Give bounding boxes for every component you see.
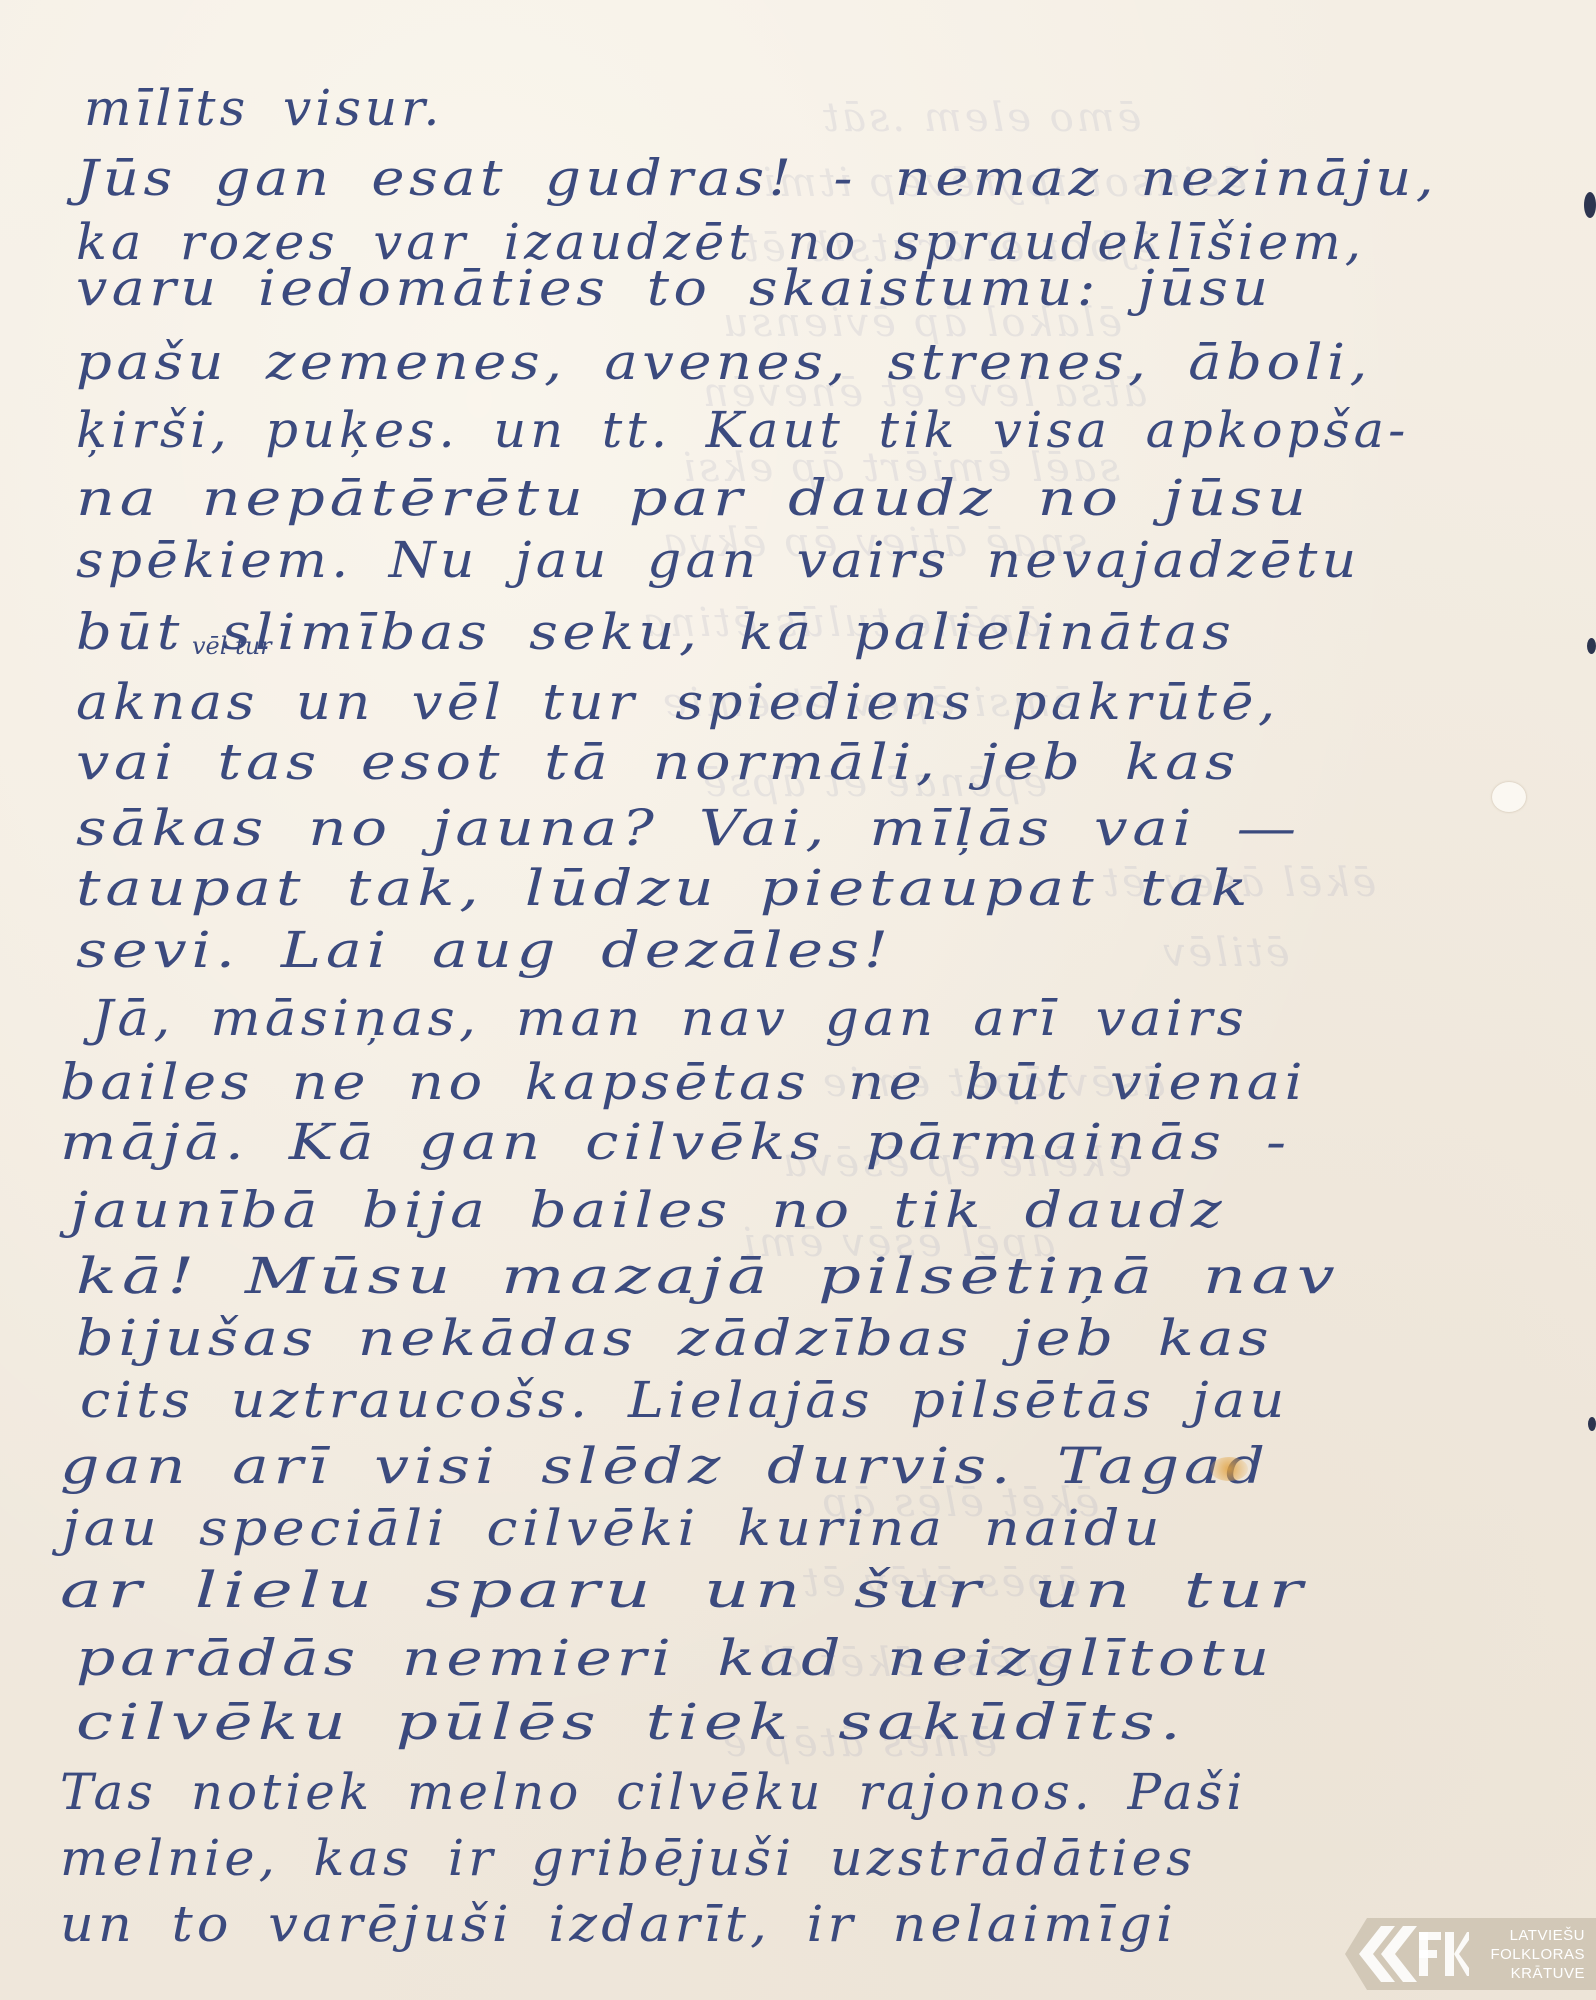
letter-line: gan arī visi slēdz durvis. Tagad [60,1436,1270,1496]
letter-page: ēmo elem .sāt ēsinsot ipyrēvep itmi ējbo… [0,0,1596,2000]
letter-line: ar lielu sparu un šur un tur [60,1560,1308,1620]
ink-blot [1587,638,1596,654]
letter-line: parādās nemieri kad neizglītotu [76,1628,1274,1688]
letter-line: cilvēku pūlēs tiek sakūdīts. [76,1692,1186,1752]
watermark-text: LATVIEŠU FOLKLORAS KRĀTUVE [1465,1926,1585,1983]
letter-line: taupat tak, lūdzu pietaupat tak [76,858,1252,918]
ink-blot [1588,1417,1596,1431]
letter-line: sākas no jauna? Vai, mīļās vai — [76,798,1301,858]
watermark-line-1: LATVIEŠU [1465,1926,1585,1945]
letter-line: bailes ne no kapsētas ne būt vienai [60,1052,1307,1112]
letter-line: varu iedomāties to skaistumu: jūsu [76,258,1272,318]
letter-line: aknas un vēl tur spiediens pakrūtē, [76,672,1280,732]
letter-line: kā! Mūsu mazajā pilsētiņā nav [76,1246,1340,1306]
watermark-line-2: FOLKLORAS [1465,1945,1585,1964]
letter-line: na nepātērētu par daudz no jūsu [76,468,1311,528]
letter-line: jaunībā bija bailes no tik daudz [70,1180,1226,1240]
letter-line: mājā. Kā gan cilvēks pārmainās - [60,1112,1291,1172]
letter-line: melnie, kas ir gribējuši uzstrādāties [60,1828,1196,1888]
interlinear-insertion: vēl tur [192,632,272,660]
letter-line: jau speciāli cilvēki kurina naidu [62,1498,1164,1558]
letter-line: ķirši, puķes. un tt. Kaut tik visa apkop… [76,400,1409,460]
rust-stain [1210,1457,1248,1481]
letter-line: pašu zemenes, avenes, strenes, āboli, [76,332,1372,392]
archive-watermark: LATVIEŠU FOLKLORAS KRĀTUVE [1345,1918,1596,1990]
letter-line: Jā, māsiņas, man nav gan arī vairs [92,988,1248,1048]
letter-line: cits uztraucošs. Lielajās pilsētās jau [80,1370,1289,1430]
letter-line: vai tas esot tā normāli, jeb kas [76,732,1240,792]
lfk-chevron-logo-icon [1359,1926,1469,1982]
paper-tear [1492,782,1526,812]
letter-line: spēkiem. Nu jau gan vairs nevajadzētu [76,530,1360,590]
letter-line: bijušas nekādas zādzības jeb kas [76,1308,1273,1368]
letter-line: Jūs gan esat gudras! - nemaz nezināju, [76,148,1438,208]
ink-blot [1584,192,1596,218]
watermark-line-3: KRĀTUVE [1465,1964,1585,1983]
letter-line: mīlīts visur. [84,78,443,138]
letter-line: un to varējuši izdarīt, ir nelaimīgi [60,1894,1177,1954]
letter-line: Tas notiek melno cilvēku rajonos. Paši [60,1762,1246,1822]
letter-line: sevi. Lai aug dezāles! [76,920,893,980]
